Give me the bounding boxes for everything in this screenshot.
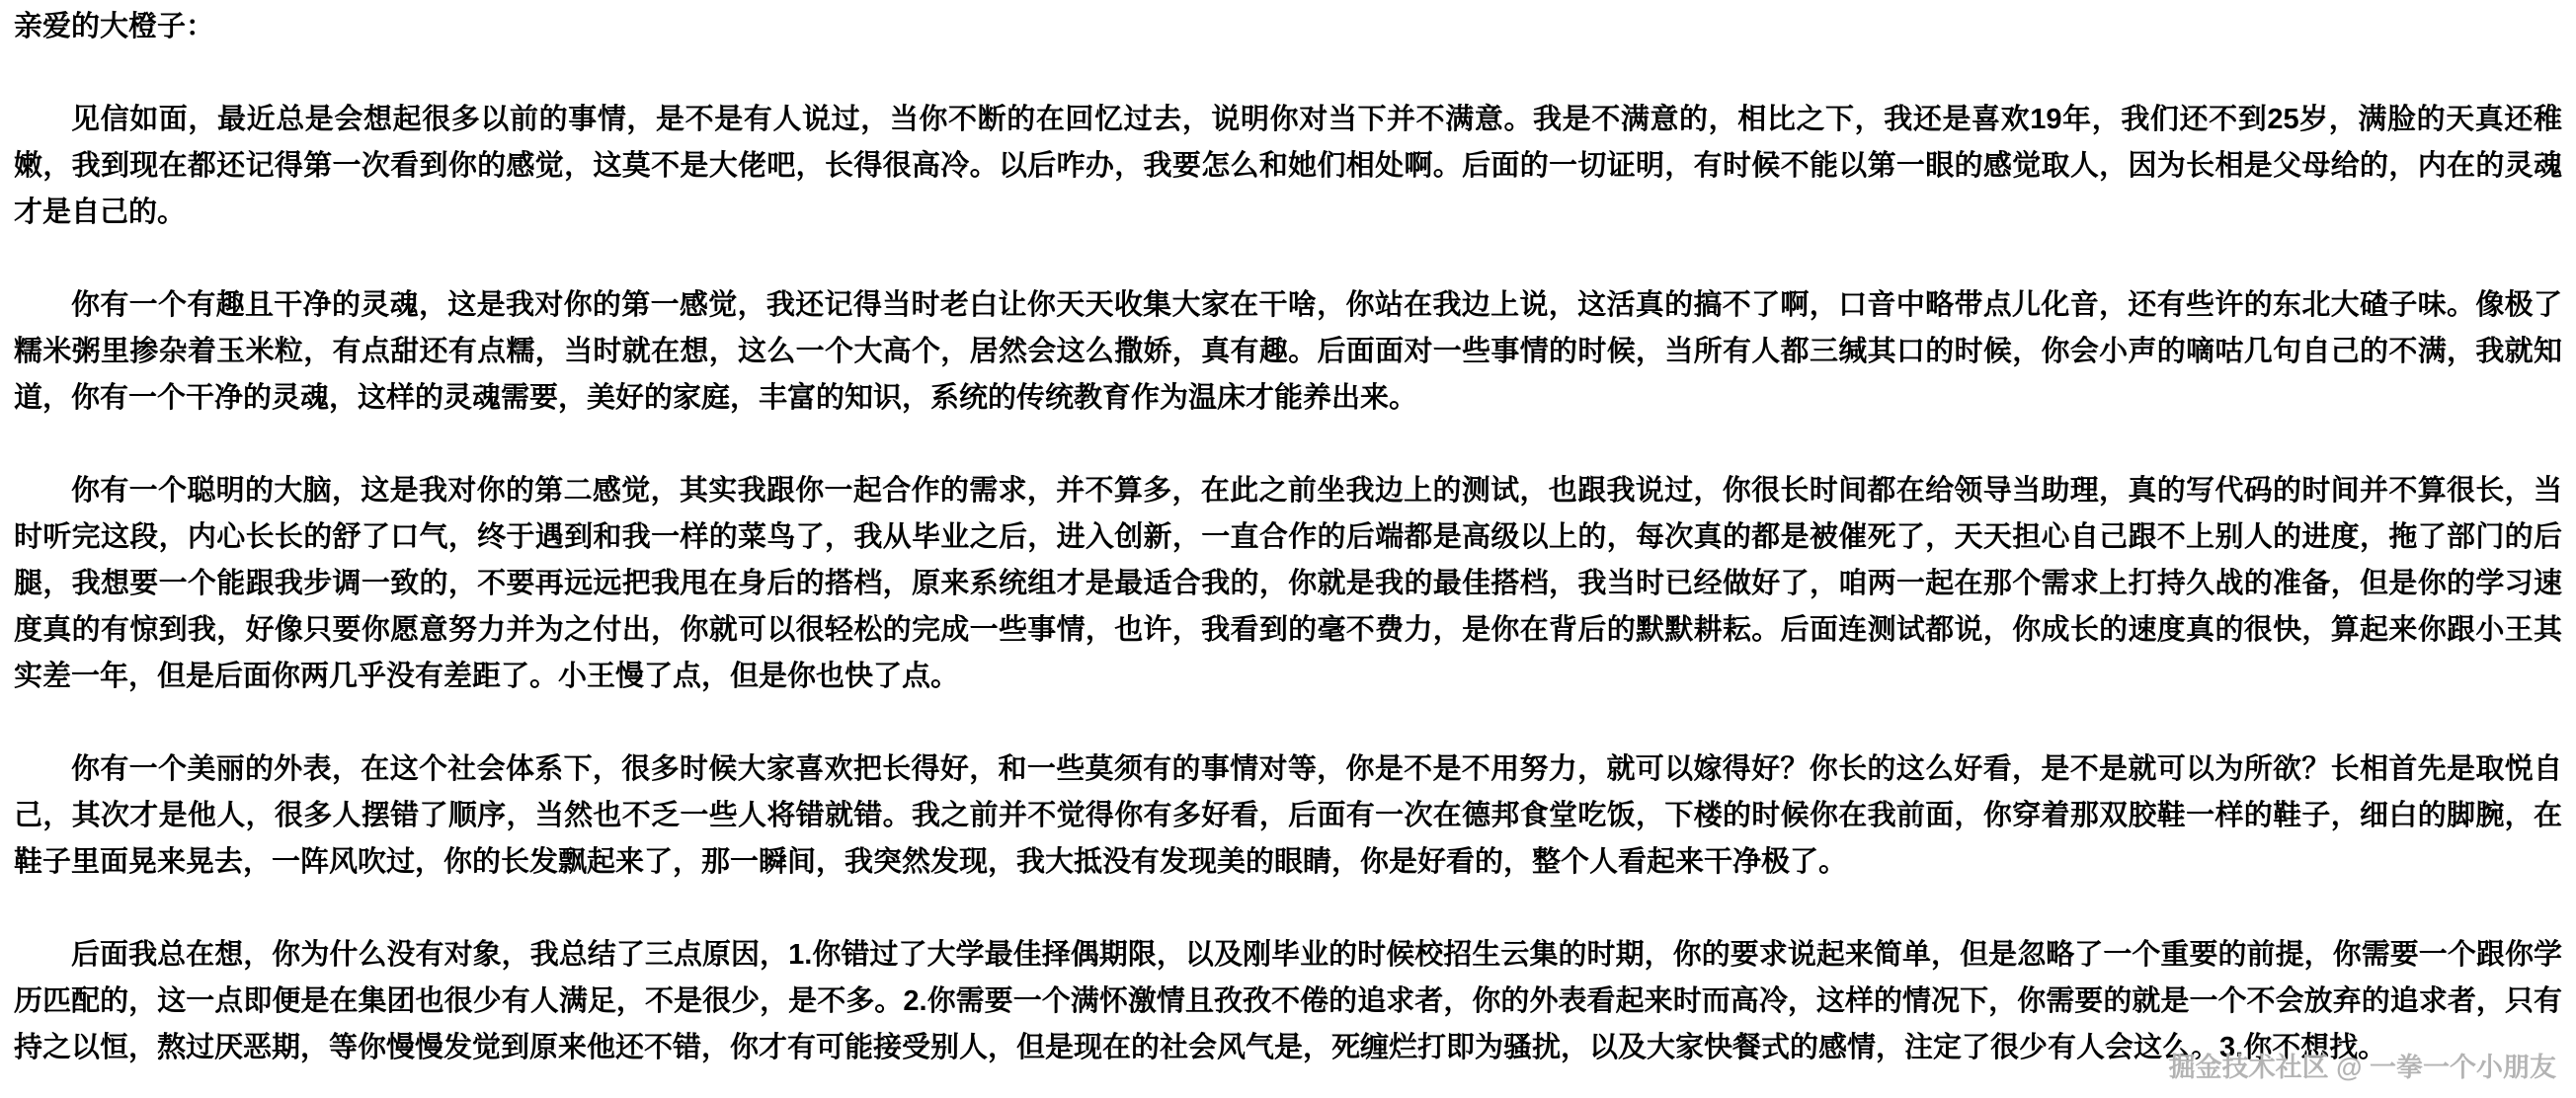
letter-paragraph-4: 你有一个美丽的外表，在这个社会体系下，很多时候大家喜欢把长得好，和一些莫须有的事… xyxy=(14,746,2562,886)
letter-paragraph-5: 后面我总在想，你为什么没有对象，我总结了三点原因，1.你错过了大学最佳择偶期限，… xyxy=(14,932,2562,1071)
letter-paragraph-2: 你有一个有趣且干净的灵魂，这是我对你的第一感觉，我还记得当时老白让你天天收集大家… xyxy=(14,282,2562,422)
juejin-watermark: 掘金技术社区 @ 一拳一个小朋友 xyxy=(2169,1053,2556,1082)
letter-paragraph-3: 你有一个聪明的大脑，这是我对你的第二感觉，其实我跟你一起合作的需求，并不算多，在… xyxy=(14,468,2562,700)
letter-document: 亲爱的大橙子： 见信如面，最近总是会想起很多以前的事情，是不是有人说过，当你不断… xyxy=(14,4,2562,1071)
letter-salutation: 亲爱的大橙子： xyxy=(14,4,2562,50)
letter-paragraph-1: 见信如面，最近总是会想起很多以前的事情，是不是有人说过，当你不断的在回忆过去，说… xyxy=(14,97,2562,236)
